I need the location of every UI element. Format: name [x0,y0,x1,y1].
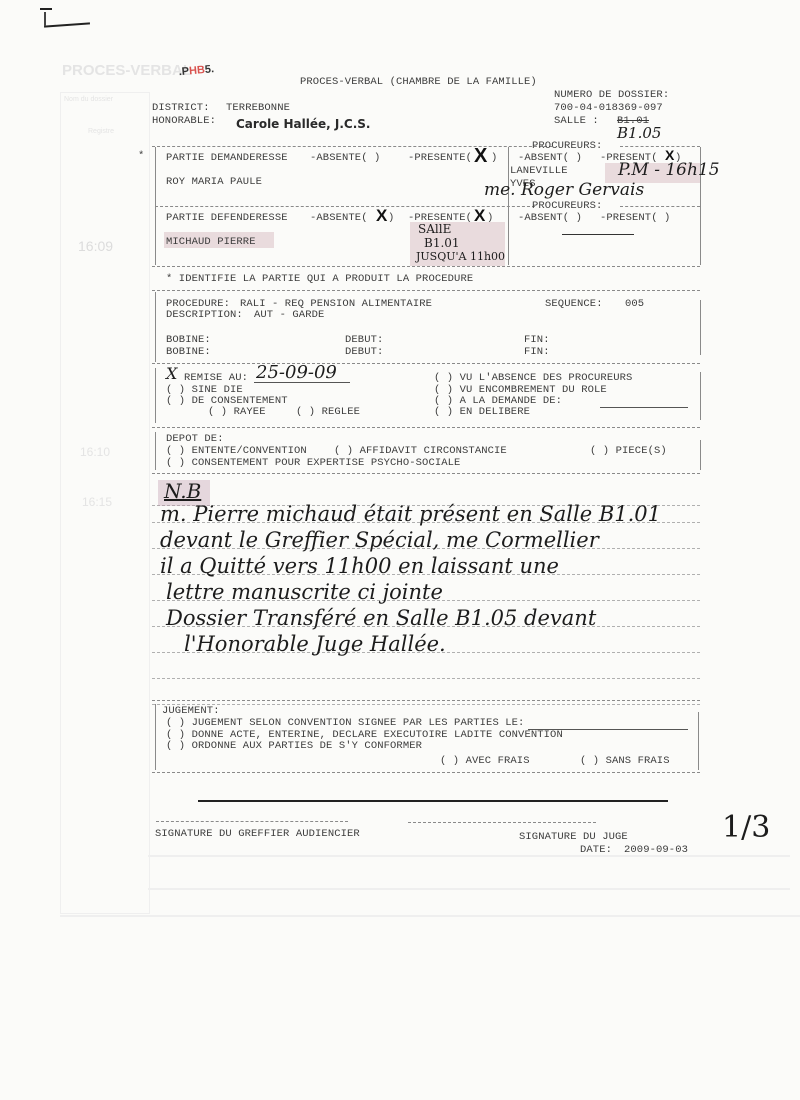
pieces-option[interactable]: ( ) PIECE(S) [590,445,667,457]
proc-absent-2[interactable]: -ABSENT( ) [518,212,582,224]
notes-heading: N.B [164,479,201,503]
demanderesse-absent[interactable]: -ABSENTE( ) [310,152,380,164]
divider [152,363,700,364]
sequence-value: 005 [625,298,644,310]
rayee-option[interactable]: ( ) RAYEE [208,406,266,418]
paren-close: ) [491,152,497,164]
divider [152,146,552,147]
divider [152,700,700,701]
procureurs-label-2: PROCUREURS: [532,200,602,212]
salle-handwritten: B1.05 [617,124,661,142]
greffier-signature-label: SIGNATURE DU GREFFIER AUDIENCIER [155,828,360,840]
pen-mark [44,12,46,26]
signature-divider [408,822,596,823]
box-border [155,368,156,423]
divider [152,473,700,474]
page-count-handwritten: 1/3 [722,810,770,845]
proc-absent[interactable]: -ABSENT( ) [518,152,582,164]
ghost-time: 16:15 [82,495,112,509]
sequence-label: SEQUENCE: [545,298,603,310]
divider [152,772,700,773]
divider [620,206,700,207]
box-border [700,440,701,470]
defenderesse-name: MICHAUD PIERRE [166,236,256,248]
ghost-time: 16:10 [80,445,110,459]
dossier-number: 700-04-018369-097 [554,102,663,114]
fin-label: FIN: [524,334,550,346]
signature-line [562,234,634,235]
handwritten-time: P.M - 16h15 [618,160,720,180]
sans-frais-option[interactable]: ( ) SANS FRAIS [580,755,670,767]
box-border [700,300,701,355]
handwritten-until: JUSQU'A 11h00 [416,250,505,263]
divider [620,146,700,147]
procureur-name-1: LANEVILLE [510,165,568,177]
consentement-expertise-option[interactable]: ( ) CONSENTEMENT POUR EXPERTISE PSYCHO-S… [166,457,460,469]
box-border [155,704,156,770]
check-alpha-mark: X [166,364,177,383]
stamp-code: .PHB5. [171,51,215,79]
handwritten-salle-number: B1.01 [424,236,460,250]
dossier-label: NUMERO DE DOSSIER: [554,89,669,101]
description-value: AUT - GARDE [254,309,324,321]
demanderesse-presente[interactable]: -PRESENTE( [408,152,472,164]
demanderesse-label: PARTIE DEMANDERESSE [166,152,288,164]
honorable-label: HONORABLE: [152,115,216,127]
bobine-label: BOBINE: [166,346,211,358]
demande-underline [600,407,688,408]
debut-label: DEBUT: [345,346,383,358]
notes-line: lettre manuscrite ci jointe [166,580,443,604]
asterisk: * [138,150,144,162]
ruled-line [152,678,700,679]
salle-label: SALLE : [554,115,599,127]
fin-label: FIN: [524,346,550,358]
check-x-mark: X [474,145,487,168]
handwritten-salle: SAllE [418,222,451,236]
ruled-line [152,704,700,705]
divider [152,290,700,291]
entente-option[interactable]: ( ) ENTENTE/CONVENTION [166,445,307,457]
ghost-time: 16:09 [78,238,113,254]
signature-divider [156,821,348,822]
proc-present-2[interactable]: -PRESENT( ) [600,212,670,224]
check-x-mark: X [376,206,387,226]
jugement-option[interactable]: ( ) JUGEMENT SELON CONVENTION SIGNEE PAR… [166,717,524,729]
depot-label: DEPOT DE: [166,433,224,445]
box-border [698,712,699,770]
juge-signature-label: SIGNATURE DU JUGE [519,831,628,843]
defenderesse-label: PARTIE DEFENDERESSE [166,212,288,224]
bobine-label: BOBINE: [166,334,211,346]
ghost-label: Nom du dossier [64,96,113,103]
box-border [700,372,701,420]
notes-line: Dossier Transféré en Salle B1.05 devant [166,606,596,630]
notes-line: l'Honorable Juge Hallée. [184,632,446,656]
box-border [155,432,156,470]
jugement-label: JUGEMENT: [162,705,220,717]
ghost-label: Registre [88,128,114,135]
affidavit-option[interactable]: ( ) AFFIDAVIT CIRCONSTANCIE [334,445,507,457]
divider [152,266,700,267]
handwritten-lawyer: me. Roger Gervais [484,180,644,200]
notes-line: m. Pierre michaud était présent en Salle… [160,502,661,526]
box-border [155,292,156,362]
debut-label: DEBUT: [345,334,383,346]
notes-line: devant le Greffier Spécial, me Cormellie… [160,528,599,552]
delibere-option[interactable]: ( ) EN DELIBERE [434,406,530,418]
district-label: DISTRICT: [152,102,210,114]
procureurs-label: PROCUREURS: [532,140,602,152]
judge-name: Carole Hallée, J.C.S. [236,117,370,131]
avec-frais-option[interactable]: ( ) AVEC FRAIS [440,755,530,767]
ghost-line [148,855,790,857]
defenderesse-absent[interactable]: -ABSENTE( [310,212,368,224]
demanderesse-name: ROY MARIA PAULE [166,176,262,188]
pen-mark [44,22,90,27]
pen-mark [40,8,52,10]
ghost-line [60,915,800,917]
remise-label[interactable]: REMISE AU: [184,372,248,384]
divider [152,427,700,428]
paren-close: ) [388,212,394,224]
signature-line [198,800,668,802]
notes-line: il a Quitté vers 11h00 en laissant une [160,554,559,578]
absence-procureurs-option[interactable]: ( ) VU L'ABSENCE DES PROCUREURS [434,372,632,384]
reglee-option[interactable]: ( ) REGLEE [296,406,360,418]
footnote: * IDENTIFIE LA PARTIE QUI A PRODUIT LA P… [166,273,473,285]
district-value: TERREBONNE [226,102,290,114]
remise-date: 25-09-09 [256,362,337,383]
document-title: PROCES-VERBAL (CHAMBRE DE LA FAMILLE) [300,76,537,88]
ghost-line [148,888,790,890]
jugement-option[interactable]: ( ) ORDONNE AUX PARTIES DE S'Y CONFORMER [166,740,422,752]
description-label: DESCRIPTION: [166,309,243,321]
